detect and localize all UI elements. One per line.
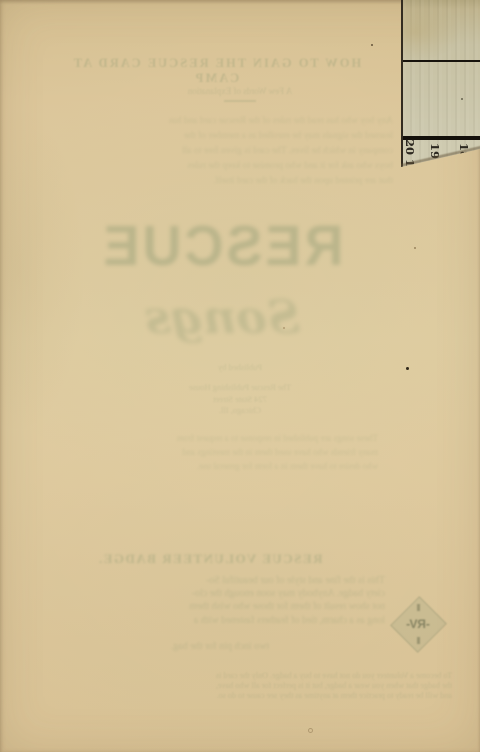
badge-top-tick	[417, 604, 420, 611]
showthrough-paragraph-mid: These songs are published in response to…	[62, 431, 378, 473]
showthrough-publisher-line: Published by	[165, 362, 315, 374]
showthrough-rv-badge: -RV-	[392, 596, 444, 652]
ruler-thin-line	[403, 60, 480, 62]
speck-right	[414, 247, 416, 249]
showthrough-badge-paragraph-last: two inch pin for the bag.	[110, 641, 330, 652]
showthrough-big-title: RESCUE	[52, 219, 392, 274]
showthrough-badge-paragraph: This is the fine and style of our beauti…	[40, 574, 385, 627]
showthrough-publisher-block: The Rescue Publishing House 724 State St…	[145, 382, 335, 417]
speck-bottom-ring	[308, 728, 313, 733]
showthrough-title: HOW TO GAIN THE RESCUE CARD AT CAMP	[48, 56, 385, 86]
badge-rv-text: -RV-	[392, 617, 444, 631]
showthrough-paragraph-top: Any boy who has read the rules of the Re…	[33, 114, 393, 189]
ruler-strip: 18 19 20 1	[401, 0, 480, 167]
showthrough-badge-heading: RESCUE VOLUNTEER BADGE.	[85, 551, 335, 567]
scanned-page: HOW TO GAIN THE RESCUE CARD AT CAMP A Fe…	[0, 0, 480, 752]
showthrough-subtitle: A Few Words of Explanation	[150, 86, 330, 96]
speck-top	[371, 44, 373, 46]
ink-dot-speck	[406, 367, 409, 370]
badge-bottom-tick	[417, 637, 420, 644]
showthrough-rule	[224, 100, 256, 102]
speck-strip	[461, 98, 463, 100]
speck-mid	[283, 327, 285, 329]
showthrough-footnote: To become a Volunteer you do not have to…	[28, 671, 452, 702]
showthrough-script-word: Songs	[110, 290, 335, 344]
